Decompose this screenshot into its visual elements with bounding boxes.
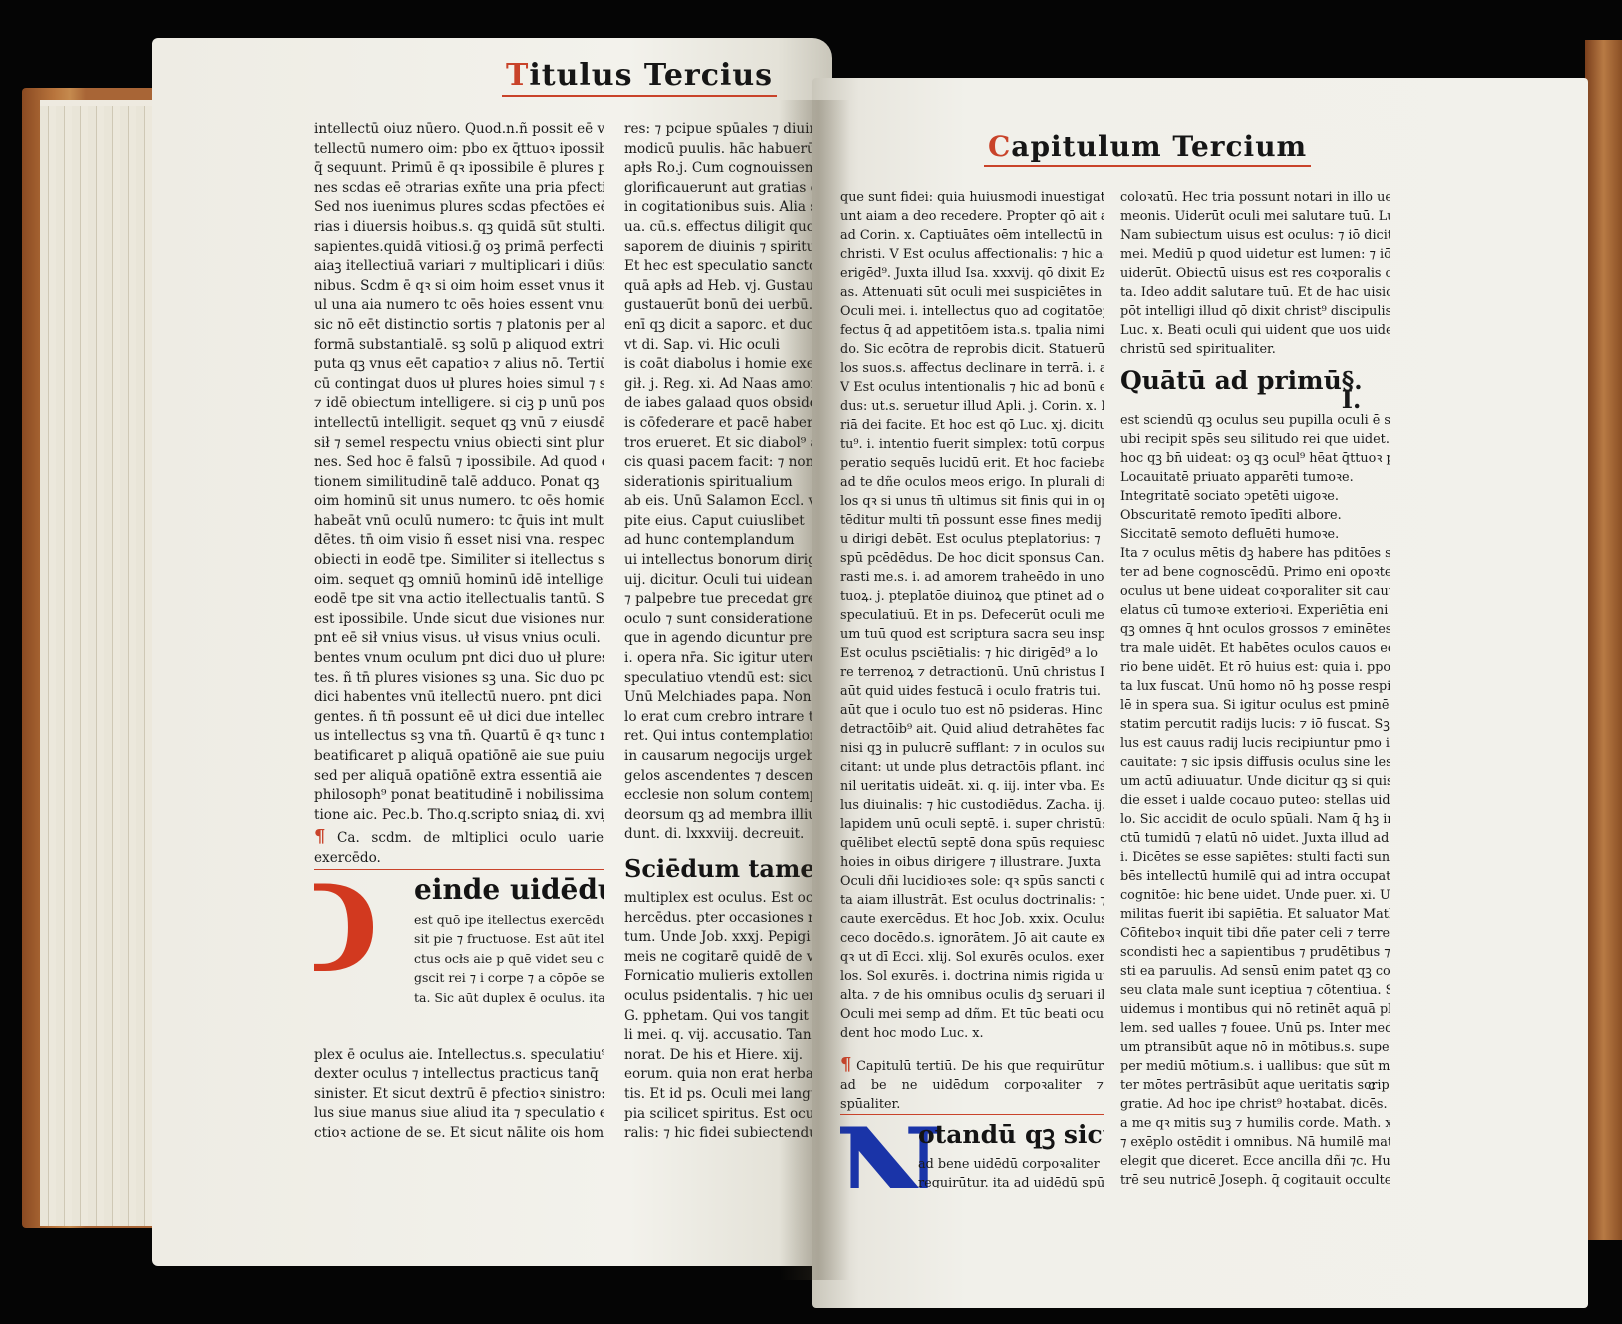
text-line: hoc qꝫ bn̄ uideat: oꝫ qꝫ ocul⁹ hēat q̄tt… bbox=[1120, 449, 1390, 468]
text-line: intellectū oiuz nūero. Quod.n.ñ possit e… bbox=[314, 120, 604, 140]
section-heading: Quātū ad primū bbox=[1120, 363, 1342, 399]
text-line: est quō ipe itellectus exercēdus bbox=[414, 910, 604, 930]
text-line: tione aic. Pec.b. Tho.q.scripto sniaꝝ di… bbox=[314, 806, 604, 826]
text-line: ctus ocłs aie p quē videt seu co bbox=[414, 949, 604, 969]
right-page-column-1: que sunt fidei: quia huiusmodi inuestiga… bbox=[840, 188, 1104, 1188]
gutter-shadow bbox=[780, 100, 850, 1280]
text-line: scondisti hec a sapientibus ⁊ prudētibus… bbox=[1120, 943, 1390, 962]
text-line: um tuū quod est scriptura sacra seu insp… bbox=[840, 625, 1104, 644]
text-line: tes. ñ tn̄ plures visiones sꝫ una. Sic d… bbox=[314, 669, 604, 689]
text-lines-after: est sciendū qꝫ oculus seu pupilla oculi … bbox=[1120, 411, 1390, 1188]
initial-side-text: est quō ipe itellectus exercēdussit pie … bbox=[414, 910, 604, 1008]
text-line: formā substantialē. sꝫ solū p aliquod ex… bbox=[314, 336, 604, 356]
text-line: eodē tpe sit vna actio itellectualis tan… bbox=[314, 590, 604, 610]
text-line: ad bene uidēdū corpoꝛaliter tria bbox=[840, 1155, 1104, 1174]
text-line: dus: ut.s. seruetur illud Apli. j. Corin… bbox=[840, 397, 1104, 416]
text-line: que sunt fidei: quia huiusmodi inuestiga… bbox=[840, 188, 1104, 207]
text-line: q̄ sequunt. Primū ē qꝛ ipossibile ē plur… bbox=[314, 159, 604, 179]
text-line: christū sed spiritualiter. bbox=[1120, 340, 1390, 359]
text-line: elegit que diceret. Ecce ancilla dñi ⁊c.… bbox=[1120, 1152, 1390, 1171]
text-line: a me qꝛ mitis suꝫ ⁊ humilis corde. Math.… bbox=[1120, 1114, 1390, 1133]
text-line: sit pie ⁊ fructuose. Est aūt itelle bbox=[414, 929, 604, 949]
text-line: tēditur multi tn̄ possunt esse fines med… bbox=[840, 511, 1104, 530]
text-line: spū pcēdēdus. De hoc dicit sponsus Can. … bbox=[840, 549, 1104, 568]
right-page: Capitulum Tercium que sunt fidei: quia h… bbox=[812, 78, 1588, 1308]
text-line: tellectū numero oim: pbo ex q̄ttuoꝛ ipos… bbox=[314, 140, 604, 160]
text-line: fectus q̄ ad appetitōem ista.s. tpalia n… bbox=[840, 321, 1104, 340]
text-line: erigēd⁹. Juxta illud Isa. xxxvij. qō dix… bbox=[840, 264, 1104, 283]
text-line: christi. V Est oculus affectionalis: ⁊ h… bbox=[840, 245, 1104, 264]
text-line: philosoph⁹ ponat beatitudinē i nobilissi… bbox=[314, 786, 604, 806]
text-line: uidemus i montibus qui nō retinēt aquā p… bbox=[1120, 1000, 1390, 1019]
paragraph-mark: §. I. bbox=[1342, 371, 1390, 409]
rubric-letter: C bbox=[988, 130, 1011, 163]
quire-signature: c bbox=[1368, 1078, 1376, 1094]
text-line: ceco docēdo.s. ignorātem. Jō ait caute e… bbox=[840, 929, 1104, 948]
text-line: peratio sequēs lucidū erit. Et hoc facie… bbox=[840, 454, 1104, 473]
text-line: tu⁹. i. intentio fuerit simplex: totū co… bbox=[840, 435, 1104, 454]
text-line: los qꝛ si unus tn̄ ultimus sit finis qui… bbox=[840, 492, 1104, 511]
text-line: militas fuerit ibi sapiētia. Et saluator… bbox=[1120, 905, 1390, 924]
running-head-left: Titulus Tercius bbox=[502, 58, 777, 97]
text-line: V Est oculus intentionalis ⁊ hic ad bonū… bbox=[840, 378, 1104, 397]
initial-block: D einde uidēduz est quō ipe itellectus e… bbox=[314, 870, 604, 1046]
text-line: detractōib⁹ ait. Quid aliud detrahētes f… bbox=[840, 720, 1104, 739]
text-line: sic nō eēt distinctio sortis ⁊ platonis … bbox=[314, 316, 604, 336]
text-line: nes scdas eē ↄtrarias exñte una pria pfe… bbox=[314, 179, 604, 199]
text-line: sed per aliquā opatiōnē extra essentiā a… bbox=[314, 767, 604, 787]
text-line: bentes vnum oculum pnt dici duo uł plure… bbox=[314, 649, 604, 669]
text-line: ad te dñe oculos meos erigo. In plurali … bbox=[840, 473, 1104, 492]
text-line: um actū adiuuatur. Unde dicitur qꝫ si qu… bbox=[1120, 772, 1390, 791]
text-line: caute exercēdus. Et hoc Job. xxix. Oculu… bbox=[840, 910, 1104, 929]
text-lines-after: plex ē oculus aie. Intellectus.s. specul… bbox=[314, 1046, 604, 1140]
text-line: do. Sic ecōtra de reprobis dicit. Statue… bbox=[840, 340, 1104, 359]
text-line: aūt quid uides festucā i oculo fratris t… bbox=[840, 682, 1104, 701]
text-lines: coloꝛatū. Hec tria possunt notari in ill… bbox=[1120, 188, 1390, 359]
text-line: oim hominū sit unus numero. tc oēs homie… bbox=[314, 492, 604, 512]
text-line: lē in spera sua. Si igitur oculus est pm… bbox=[1120, 696, 1390, 715]
decorated-initial-d: D bbox=[314, 880, 378, 980]
text-line: lo. Sic accidit de oculo spūali. Nam q̄ … bbox=[1120, 810, 1390, 829]
initial-block: N otandū qꝫ sicut ad bene uidēdū corpoꝛa… bbox=[840, 1115, 1104, 1188]
text-line: Est oculus psciētialis: ⁊ hic dirigēd⁹ a… bbox=[840, 644, 1104, 663]
text-line: cū contingat duos uł plures hoies simul … bbox=[314, 375, 604, 395]
text-line: as. Attenuati sūt oculi mei suspiciētes … bbox=[840, 283, 1104, 302]
text-line: Integritatē sociato ↄpetēti uigoꝛe. bbox=[1120, 487, 1390, 506]
text-line: beatificaret p aliquā opatiōnē aie sue p… bbox=[314, 747, 604, 767]
text-line: oculus ut bene uideat coꝛporaliter sit c… bbox=[1120, 582, 1390, 601]
text-line: Oculi mei semp ad dñm. Et tūc beati ocul… bbox=[840, 1005, 1104, 1024]
text-line: meonis. Uiderūt oculi mei salutare tuū. … bbox=[1120, 207, 1390, 226]
text-line: lus siue manus siue aliud ita ⁊ speculat… bbox=[314, 1104, 604, 1124]
text-line: ctioꝛ actione de se. Et sicut nālite ois… bbox=[314, 1124, 604, 1140]
text-line: ta aiam illustrāt. Est oculus doctrinali… bbox=[840, 891, 1104, 910]
text-line: nil ueritatis uideāt. xi. q. iij. inter … bbox=[840, 777, 1104, 796]
text-line: elatus cū tumoꝛe exterioꝛi. Experiētia e… bbox=[1120, 601, 1390, 620]
text-line: die esset i ualde cocauo puteo: stellas … bbox=[1120, 791, 1390, 810]
text-line: tionem similitudinē talē adduco. Ponat q… bbox=[314, 473, 604, 493]
text-line: ta. Sic aūt duplex ē oculus. ita du bbox=[414, 988, 604, 1008]
text-line: qꝫ omnes q̄ hnt oculos grossos ⁊ eminēte… bbox=[1120, 620, 1390, 639]
opening-heading: otandū qꝫ sicut bbox=[918, 1117, 1104, 1153]
text-line: habeāt vnū oculū numero: tc q̄uis int mu… bbox=[314, 512, 604, 532]
text-line: los suos.s. affectus declinare in terrā.… bbox=[840, 359, 1104, 378]
text-line: ad Corin. x. Captiuātes oēm intellectū i… bbox=[840, 226, 1104, 245]
text-line: requirūtur. ita ad uidēdū spūali bbox=[840, 1174, 1104, 1188]
text-line: ta lux fuscat. Unū homo nō hꝫ posse resp… bbox=[1120, 677, 1390, 696]
text-line: Cōfiteboꝛ inquit tibi dñe pater celi ⁊ t… bbox=[1120, 924, 1390, 943]
text-line: ⁊ idē obiectum intelligere. si ciꝫ p unū… bbox=[314, 394, 604, 414]
text-line: nisi qꝫ in pulucrē sufflant: ⁊ in oculos… bbox=[840, 739, 1104, 758]
text-line: speculatiuū. Et in ps. Defecerūt oculi m… bbox=[840, 606, 1104, 625]
text-line: Locauitatē priuato apparēti tumoꝛe. bbox=[1120, 468, 1390, 487]
text-line: tra male uidēt. Et habētes oculos cauos … bbox=[1120, 639, 1390, 658]
text-line: Oculi mei. i. intellectus quo ad cogitat… bbox=[840, 302, 1104, 321]
text-line: gratie. Ad hoc ipe christ⁹ hoꝛtabat. dic… bbox=[1120, 1095, 1390, 1114]
text-line: sti ea paruulis. Ad sensū enim patet qꝫ … bbox=[1120, 962, 1390, 981]
text-line: re terrenoꝝ ⁊ detractionū. Unū christus … bbox=[840, 663, 1104, 682]
text-line: obiecti in eodē tpe. Similiter si itelle… bbox=[314, 551, 604, 571]
text-line: gscit rei ⁊ i corpe ⁊ a cōpōe sepa bbox=[414, 968, 604, 988]
text-line: quēlibet electū septē dona spūs requiesc… bbox=[840, 834, 1104, 853]
running-head-right: Capitulum Tercium bbox=[984, 130, 1311, 167]
text-line: Ita ⁊ oculus mētis dꝫ habere has pditōes… bbox=[1120, 544, 1390, 563]
page-stack-fore-edge bbox=[40, 100, 160, 1226]
text-line: statim percutit radijs lucis: ⁊ iō fusca… bbox=[1120, 715, 1390, 734]
left-page-column-1: intellectū oiuz nūero. Quod.n.ñ possit e… bbox=[314, 120, 604, 1140]
text-line: uiderūt. Obiectū uisus est res coꝛporali… bbox=[1120, 264, 1390, 283]
text-line: gentes. ñ tn̄ possunt eē uł dici due int… bbox=[314, 708, 604, 728]
text-line: per mediū mōtium.s. i uallibus: que sūt … bbox=[1120, 1057, 1390, 1076]
text-line: ter ad bene cognoscēdū. Primo eni opoꝛte… bbox=[1120, 563, 1390, 582]
text-line: riā dei facite. Et hoc est qō Luc. xj. d… bbox=[840, 416, 1104, 435]
text-line: sapientes.quidā vitiosi.ḡ oꝫ primā perfe… bbox=[314, 238, 604, 258]
text-line: sinister. Et sicut dextrū ē pfectioꝛ sin… bbox=[314, 1085, 604, 1105]
text-line: qꝛ ut dī Ecci. xlij. Sol exurēs oculos. … bbox=[840, 948, 1104, 967]
text-line: aiaꝫ itellectiuā variari ⁊ multiplicari … bbox=[314, 257, 604, 277]
text-line: i. Dicētes se esse sapiētes: stulti fact… bbox=[1120, 848, 1390, 867]
text-line: est ipossibile. Unde sicut due visiones … bbox=[314, 610, 604, 630]
text-line: bēs intellectū humilē qui ad intra occup… bbox=[1120, 867, 1390, 886]
left-page: Titulus Tercius intellectū oiuz nūero. Q… bbox=[152, 38, 832, 1266]
text-line: u dirigi debēt. Est oculus pteplatorius:… bbox=[840, 530, 1104, 549]
text-lines: intellectū oiuz nūero. Quod.n.ñ possit e… bbox=[314, 120, 604, 825]
text-line: us intellectus sꝫ vna tn̄. Quartū ē qꝛ t… bbox=[314, 727, 604, 747]
text-lines: que sunt fidei: quia huiusmodi inuestiga… bbox=[840, 188, 1104, 1043]
text-line: Obscuritatē remoto īpedīti albore. bbox=[1120, 506, 1390, 525]
text-line: alta. ⁊ de his omnibus oculis dꝫ seruari… bbox=[840, 986, 1104, 1005]
opening-heading: einde uidēduz bbox=[414, 872, 604, 908]
text-line: rias i diuersis hoibus.s. qꝫ quidā sūt s… bbox=[314, 218, 604, 238]
text-line: tuoꝝ. j. pteplatōe diuinoꝝ que ptinet ad… bbox=[840, 587, 1104, 606]
text-line: ctū tumidū ⁊ elatū nō uidet. Juxta illud… bbox=[1120, 829, 1390, 848]
text-line: rio bene uidēt. Et rō huius est: quia i.… bbox=[1120, 658, 1390, 677]
book-cover-edge-right bbox=[1585, 40, 1622, 1240]
running-head-text: itulus Tercius bbox=[529, 58, 773, 93]
text-line: lus diuinalis: ⁊ hic custodiēdus. Zacha.… bbox=[840, 796, 1104, 815]
text-line: ta. Ideo addit salutare tuū. Et de hac u… bbox=[1120, 283, 1390, 302]
text-line: ul una aia numero tc oēs hoies essent vn… bbox=[314, 296, 604, 316]
text-line: cognitōe: hic bene uidet. Unde puer. xi.… bbox=[1120, 886, 1390, 905]
text-line: ter mōtes pertrāsibūt aque ueritatis scr… bbox=[1120, 1076, 1390, 1095]
text-line: pnt eē sił vnius visus. uł visus vnius o… bbox=[314, 629, 604, 649]
text-line: coloꝛatū. Hec tria possunt notari in ill… bbox=[1120, 188, 1390, 207]
text-line: trē seu nutricē Joseph. q̄ cogitauit occ… bbox=[1120, 1171, 1390, 1188]
text-line: ⁊ exēplo ostēdit i omnibus. Nā humilē ma… bbox=[1120, 1133, 1390, 1152]
text-line: dētes. tn̄ oim visio ñ esset nisi vna. r… bbox=[314, 531, 604, 551]
text-line: Luc. x. Beati oculi qui uident que uos u… bbox=[1120, 321, 1390, 340]
text-line: nibus. Scdm ē qꝛ si oim hoim esset vnus … bbox=[314, 277, 604, 297]
text-line: cauitate: ⁊ sic ipsis diffusis oculus si… bbox=[1120, 753, 1390, 772]
text-line: puta qꝫ vnus eēt capatioꝛ ⁊ alius nō. Te… bbox=[314, 355, 604, 375]
text-line: Sed nos iuenimus plures scdas pfectōes e… bbox=[314, 198, 604, 218]
text-line: dent hoc modo Luc. x. bbox=[840, 1024, 1104, 1043]
text-line: rasti me.s. i. ad amorem traheēdo in uno… bbox=[840, 568, 1104, 587]
text-line: unt aiam a deo recedere. Propter qō ait … bbox=[840, 207, 1104, 226]
rubric-letter: T bbox=[506, 58, 529, 93]
text-line: lem. sed ualles ⁊ fouee. Unū ps. Inter m… bbox=[1120, 1019, 1390, 1038]
text-line: ubi recipit spēs seu silitudo rei que ui… bbox=[1120, 430, 1390, 449]
text-line: plex ē oculus aie. Intellectus.s. specul… bbox=[314, 1046, 604, 1066]
text-line: est sciendū qꝫ oculus seu pupilla oculi … bbox=[1120, 411, 1390, 430]
right-page-column-2: coloꝛatū. Hec tria possunt notari in ill… bbox=[1120, 188, 1390, 1188]
text-line: hoies in oibus dirigere ⁊ illustrare. Ju… bbox=[840, 853, 1104, 872]
text-line: lus est cauus radij lucis recipiuntur pm… bbox=[1120, 734, 1390, 753]
text-line: Oculi dñi lucidioꝛes sole: qꝛ spūs sanct… bbox=[840, 872, 1104, 891]
text-line: um ptransibūt aque nō in mōtibus.s. supe… bbox=[1120, 1038, 1390, 1057]
text-line: mei. Mediū p quod uidetur est lumen: ⁊ i… bbox=[1120, 245, 1390, 264]
text-line: intellectū intelligit. sequet qꝫ vnū ⁊ e… bbox=[314, 414, 604, 434]
text-line: Nam subiectum uisus est oculus: ⁊ iō dic… bbox=[1120, 226, 1390, 245]
text-line: citant: ut unde plus detractōis pflant. … bbox=[840, 758, 1104, 777]
initial-side-text: ad bene uidēdū corpoꝛaliter triarequirūt… bbox=[840, 1155, 1104, 1188]
text-line: dici habentes vnū itellectū nuero. pnt d… bbox=[314, 688, 604, 708]
text-line: aūt que i oculo tuo est nō psideras. Hin… bbox=[840, 701, 1104, 720]
text-line: dexter oculus ⁊ intellectus practicus ta… bbox=[314, 1065, 604, 1085]
text-line: seu clata male sunt iceptiua ⁊ cōtentiua… bbox=[1120, 981, 1390, 1000]
running-head-text: apitulum Tercium bbox=[1011, 130, 1307, 163]
text-line: nes. Sed hoc ē falsū ⁊ ipossibile. Ad qu… bbox=[314, 453, 604, 473]
section-heading-row: Quātū ad primū §. I. bbox=[1120, 363, 1390, 409]
text-line: Siccitatē semoto defluēti humoꝛe. bbox=[1120, 525, 1390, 544]
text-line: pōt intelligi illud qō dixit christ⁹ dis… bbox=[1120, 302, 1390, 321]
text-line: sił ⁊ semel respectu vnius obiecti sint … bbox=[314, 434, 604, 454]
text-line: oim. sequet qꝫ omniū hominū idē intellig… bbox=[314, 571, 604, 591]
text-line: los. Sol exurēs. i. doctrina nimis rigid… bbox=[840, 967, 1104, 986]
text-line: lapidem unū oculi septē. i. super christ… bbox=[840, 815, 1104, 834]
